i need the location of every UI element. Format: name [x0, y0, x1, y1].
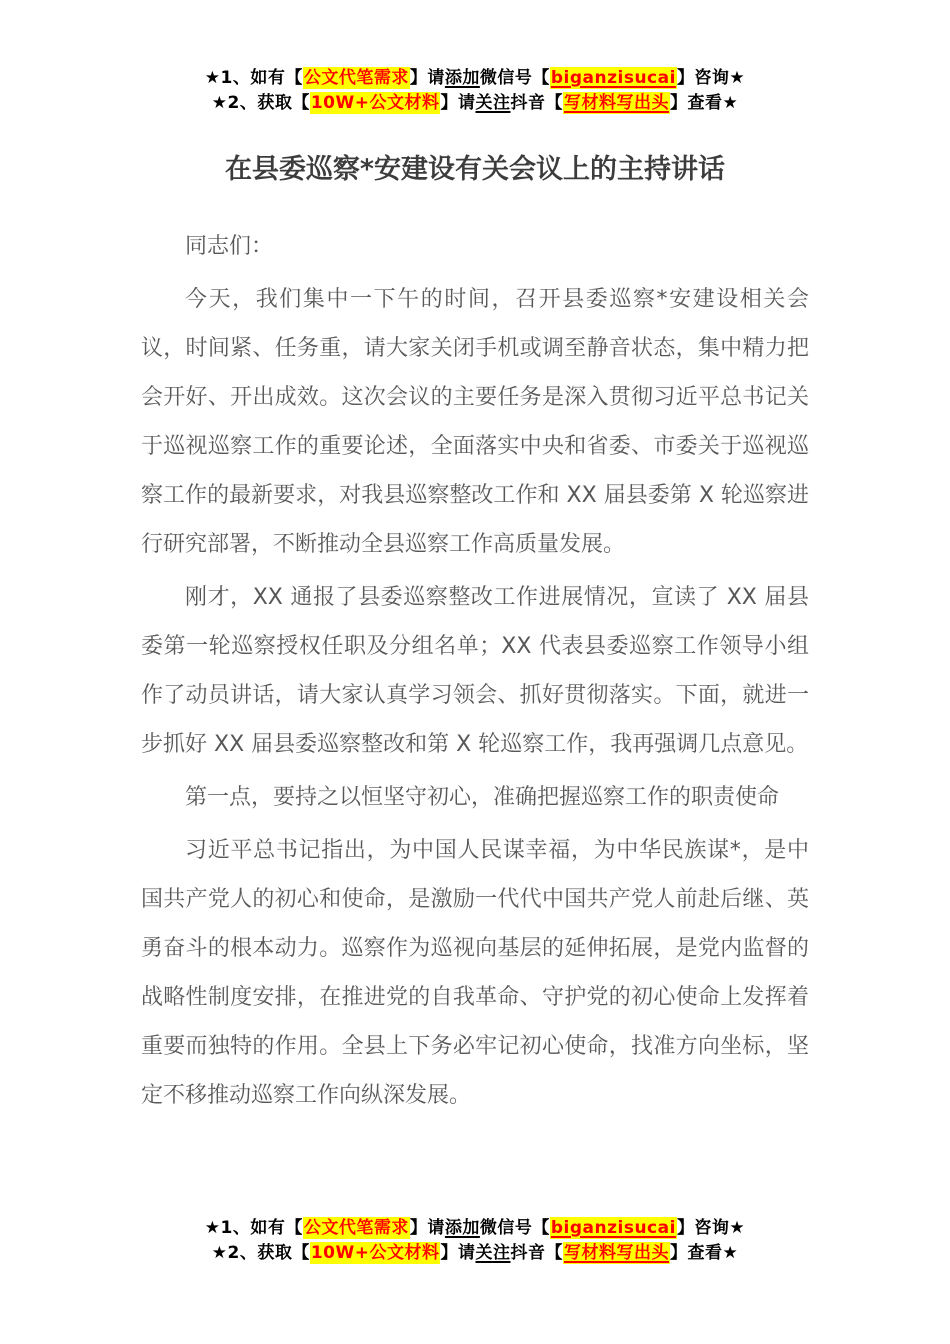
- promo-highlight-text: 添加: [445, 1218, 480, 1238]
- promo-text: 】查看★: [670, 93, 738, 113]
- promo-text: 】咨询★: [677, 1218, 745, 1238]
- promo-text: 】请: [410, 1218, 445, 1238]
- promo-text: ★2、获取【: [212, 93, 310, 113]
- document-body: 同志们：今天，我们集中一下午的时间，召开县委巡察*安建设相关会议，时间紧、任务重…: [141, 222, 809, 1124]
- promo-text: 】请: [410, 68, 445, 88]
- body-paragraph: 习近平总书记指出，为中国人民谋幸福，为中华民族谋*，是中国共产党人的初心和使命，…: [141, 826, 809, 1120]
- promo-highlight-text: biganzisucai: [550, 67, 677, 89]
- promo-text: 】查看★: [670, 1243, 738, 1263]
- promo-highlight-text: 关注: [475, 93, 510, 113]
- promo-highlight-text: 10W+公文材料: [310, 1242, 441, 1264]
- promo-text: 微信号【: [480, 1218, 550, 1238]
- promo-highlight-text: 关注: [475, 1243, 510, 1263]
- document-page: ★1、如有【公文代笔需求】请添加微信号【biganzisucai】咨询★★2、获…: [0, 0, 950, 1344]
- document-title: 在县委巡察*安建设有关会议上的主持讲话: [0, 150, 950, 190]
- promo-text: 微信号【: [480, 68, 550, 88]
- promo-highlight-text: 写材料写出头: [563, 1242, 670, 1264]
- body-paragraph: 第一点，要持之以恒坚守初心，准确把握巡察工作的职责使命: [141, 773, 809, 822]
- promo-highlight-text: biganzisucai: [550, 1217, 677, 1239]
- promo-highlight-text: 公文代笔需求: [303, 67, 410, 89]
- promo-highlight-text: 10W+公文材料: [310, 92, 441, 114]
- promo-text: 】请: [440, 93, 475, 113]
- promo-banner-line: ★2、获取【10W+公文材料】请关注抖音【写材料写出头】查看★: [0, 1241, 950, 1266]
- body-paragraph: 同志们：: [141, 222, 809, 271]
- promo-highlight-text: 公文代笔需求: [303, 1217, 410, 1239]
- promo-text: ★1、如有【: [205, 68, 303, 88]
- promo-text: 】请: [440, 1243, 475, 1263]
- promo-banner-line: ★2、获取【10W+公文材料】请关注抖音【写材料写出头】查看★: [0, 91, 950, 116]
- promo-text: 】咨询★: [677, 68, 745, 88]
- promo-banner-top: ★1、如有【公文代笔需求】请添加微信号【biganzisucai】咨询★★2、获…: [0, 66, 950, 116]
- promo-highlight-text: 写材料写出头: [563, 92, 670, 114]
- promo-highlight-text: 添加: [445, 68, 480, 88]
- body-paragraph: 刚才，XX 通报了县委巡察整改工作进展情况，宣读了 XX 届县委第一轮巡察授权任…: [141, 573, 809, 769]
- promo-text: ★2、获取【: [212, 1243, 310, 1263]
- body-paragraph: 今天，我们集中一下午的时间，召开县委巡察*安建设相关会议，时间紧、任务重，请大家…: [141, 275, 809, 569]
- promo-text: 抖音【: [510, 93, 563, 113]
- promo-banner-line: ★1、如有【公文代笔需求】请添加微信号【biganzisucai】咨询★: [0, 1216, 950, 1241]
- promo-banner-line: ★1、如有【公文代笔需求】请添加微信号【biganzisucai】咨询★: [0, 66, 950, 91]
- promo-banner-bottom: ★1、如有【公文代笔需求】请添加微信号【biganzisucai】咨询★★2、获…: [0, 1216, 950, 1266]
- promo-text: ★1、如有【: [205, 1218, 303, 1238]
- promo-text: 抖音【: [510, 1243, 563, 1263]
